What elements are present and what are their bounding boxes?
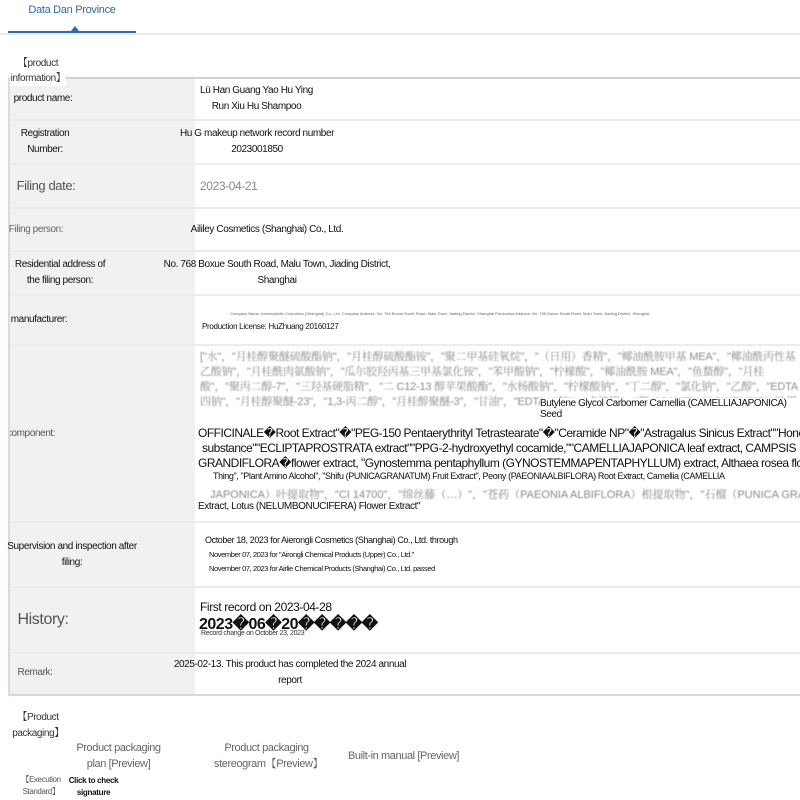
registration-number-label: Registration Number: [10,121,80,163]
product-packaging-stereogram-link[interactable]: Product packaging stereogram【Preview】 [214,740,319,772]
built-in-manual-link[interactable]: Built-in manual [Preview] [346,748,461,764]
filing-address-value: No. 768 Boxue South Road, Malu Town, Jia… [162,252,392,294]
component-chinese-line-2: JAPONICA）叶提取物"，"CI 14700"，"绵丝藤（…）"，"苍药（P… [210,486,800,502]
row-history: History: First record on 2023-04-28 2023… [10,588,800,654]
component-english-block: OFFICINALE�Root Extract"�"PEG-150 Pentae… [198,426,800,471]
row-registration-number: Registration Number: Hu G makeup network… [10,121,800,165]
row-filing-address: Residential address of the filing person… [10,252,800,296]
check-signature-link[interactable]: Click to check signature [66,775,121,799]
filing-address-label: Residential address of the filing person… [10,252,110,294]
row-manufacturer: manufacturer: Company Name: Amorepacific… [10,296,800,346]
product-information-table: product name: Lü Han Guang Yao Hu Ying R… [8,77,800,696]
supervision-line-2: November 07, 2023 for "Airongli Chemical… [209,550,414,559]
filing-date-value: 2023-04-21 [200,165,257,207]
product-packaging-legend: 【Product packaging】 [8,710,68,742]
tab-bar: Data Dan Province [0,0,800,35]
filing-person-value: Aililey Cosmetics (Shanghai) Co., Ltd. [182,209,352,250]
row-component: component: ["水"，"月桂醇聚醚硫酸酯钠"，"月桂醇硫酸酯铵"，"聚… [10,346,800,523]
component-english-line-5: Thing", "Plant Amino Alcohol", "Shifu (P… [213,471,725,481]
component-english-line-2: OFFICINALE�Root Extract"�"PEG-150 Pentae… [198,426,800,441]
row-remark: Remark: 2025-02-13. This product has com… [10,654,800,692]
active-tab-caret-icon [71,26,79,31]
product-packaging-plan-link[interactable]: Product packaging plan [Preview] [66,740,171,772]
supervision-label: Supervision and inspection after filing: [2,523,142,586]
product-name-value: Lü Han Guang Yao Hu Ying Run Xiu Hu Sham… [194,79,319,119]
component-english-line-4: GRANDIFLORA�flower extract, "Gynostemma … [198,456,800,471]
history-record-change: Record change on October 23, 2023 [201,630,304,637]
component-english-line-3: substance""ECLIPTAPROSTRATA extract""PPG… [198,441,800,456]
row-supervision: Supervision and inspection after filing:… [10,523,800,588]
row-product-name: product name: Lü Han Guang Yao Hu Ying R… [10,79,800,121]
history-first-record: First record on 2023-04-28 [200,600,332,614]
remark-label: Remark: [10,654,60,692]
history-label: History: [10,588,76,652]
product-information-legend: 【product information】 [10,56,66,86]
supervision-line-1: October 18, 2023 for Aierongli Cosmetics… [205,535,458,545]
remark-value: 2025-02-13. This product has completed t… [170,654,410,692]
component-english-line-6: Extract, Lotus (NELUMBONUCIFERA) Flower … [198,501,420,512]
registration-number-value: Hu G makeup network record number 202300… [172,121,342,163]
row-filing-date: Filing date: 2023-04-21 [10,165,800,209]
row-filing-person: Filing person: Aililey Cosmetics (Shangh… [10,209,800,252]
manufacturer-label: manufacturer: [6,296,72,344]
filing-person-label: Filing person: [6,209,66,250]
supervision-line-3: November 07, 2023 for Airlie Chemical Pr… [209,564,435,573]
manufacturer-company-details: Company Name: Amorepacific Cosmetics (Sh… [230,311,649,316]
filing-date-label: Filing date: [10,165,82,207]
execution-standard-legend: 【Execution Standard】 [14,774,68,798]
component-english-line-1: Butylene Glycol Carbomer Camellia (CAMEL… [540,398,800,420]
production-license: Production License: HuZhuang 20160127 [202,322,339,331]
tab-data-dan-province[interactable]: Data Dan Province [8,0,136,33]
component-label: component: [10,346,56,521]
tab-label: Data Dan Province [8,4,136,16]
